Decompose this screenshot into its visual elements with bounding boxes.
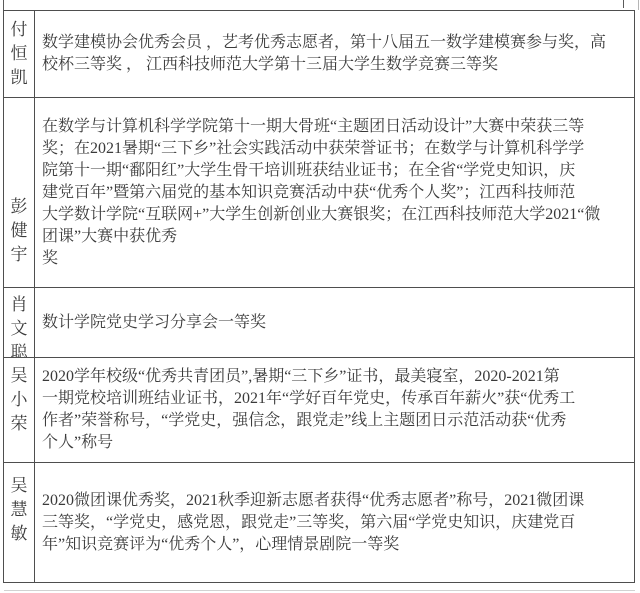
cropped-border-line (4, 590, 635, 591)
awards-text: 2020学年校级“优秀共青团员”,暑期“三下乡”证书，最美寝室，2020-202… (42, 366, 575, 454)
student-name-cell: 吴慧敏 (4, 463, 34, 582)
awards-cell: 数学建模协会优秀会员 ，艺考优秀志愿者，第十八届五一数学建模赛参与奖，高 校杯三… (35, 11, 634, 97)
awards-text: 2020微团课优秀奖，2021秋季迎新志愿者获得“优秀志愿者”称号，2021微团… (42, 490, 584, 556)
student-name: 吴慧敏 (9, 474, 29, 546)
document-page: 付恒凯 数学建模协会优秀会员 ，艺考优秀志愿者，第十八届五一数学建模赛参与奖，高… (0, 0, 640, 593)
awards-cell: 数计学院党史学习分享会一等奖 (35, 288, 634, 357)
cropped-border-line (638, 0, 639, 10)
awards-cell: 在数学与计算机科学学院第十一期大骨班“主题团日活动设计”大赛中荣获三等 奖；在2… (35, 98, 634, 287)
student-name-cell: 彭健宇 (4, 98, 34, 287)
awards-cell: 2020微团课优秀奖，2021秋季迎新志愿者获得“优秀志愿者”称号，2021微团… (35, 463, 634, 582)
student-name: 肖文聪 (9, 293, 29, 358)
awards-text: 数计学院党史学习分享会一等奖 (42, 312, 266, 334)
student-name: 付恒凯 (9, 18, 29, 90)
cropped-border-line (623, 0, 624, 8)
student-name-cell: 肖文聪 (4, 288, 34, 357)
student-name: 吴小荣 (9, 364, 29, 436)
student-name-cell: 吴小荣 (4, 358, 34, 462)
awards-cell: 2020学年校级“优秀共青团员”,暑期“三下乡”证书，最美寝室，2020-202… (35, 358, 634, 462)
student-name-cell: 付恒凯 (4, 11, 34, 97)
student-name: 彭健宇 (9, 195, 29, 267)
awards-text: 数学建模协会优秀会员 ，艺考优秀志愿者，第十八届五一数学建模赛参与奖，高 校杯三… (42, 32, 606, 76)
awards-text: 在数学与计算机科学学院第十一期大骨班“主题团日活动设计”大赛中荣获三等 奖；在2… (42, 116, 600, 270)
awards-table: 付恒凯 数学建模协会优秀会员 ，艺考优秀志愿者，第十八届五一数学建模赛参与奖，高… (3, 10, 635, 583)
cropped-border-line (3, 0, 4, 10)
